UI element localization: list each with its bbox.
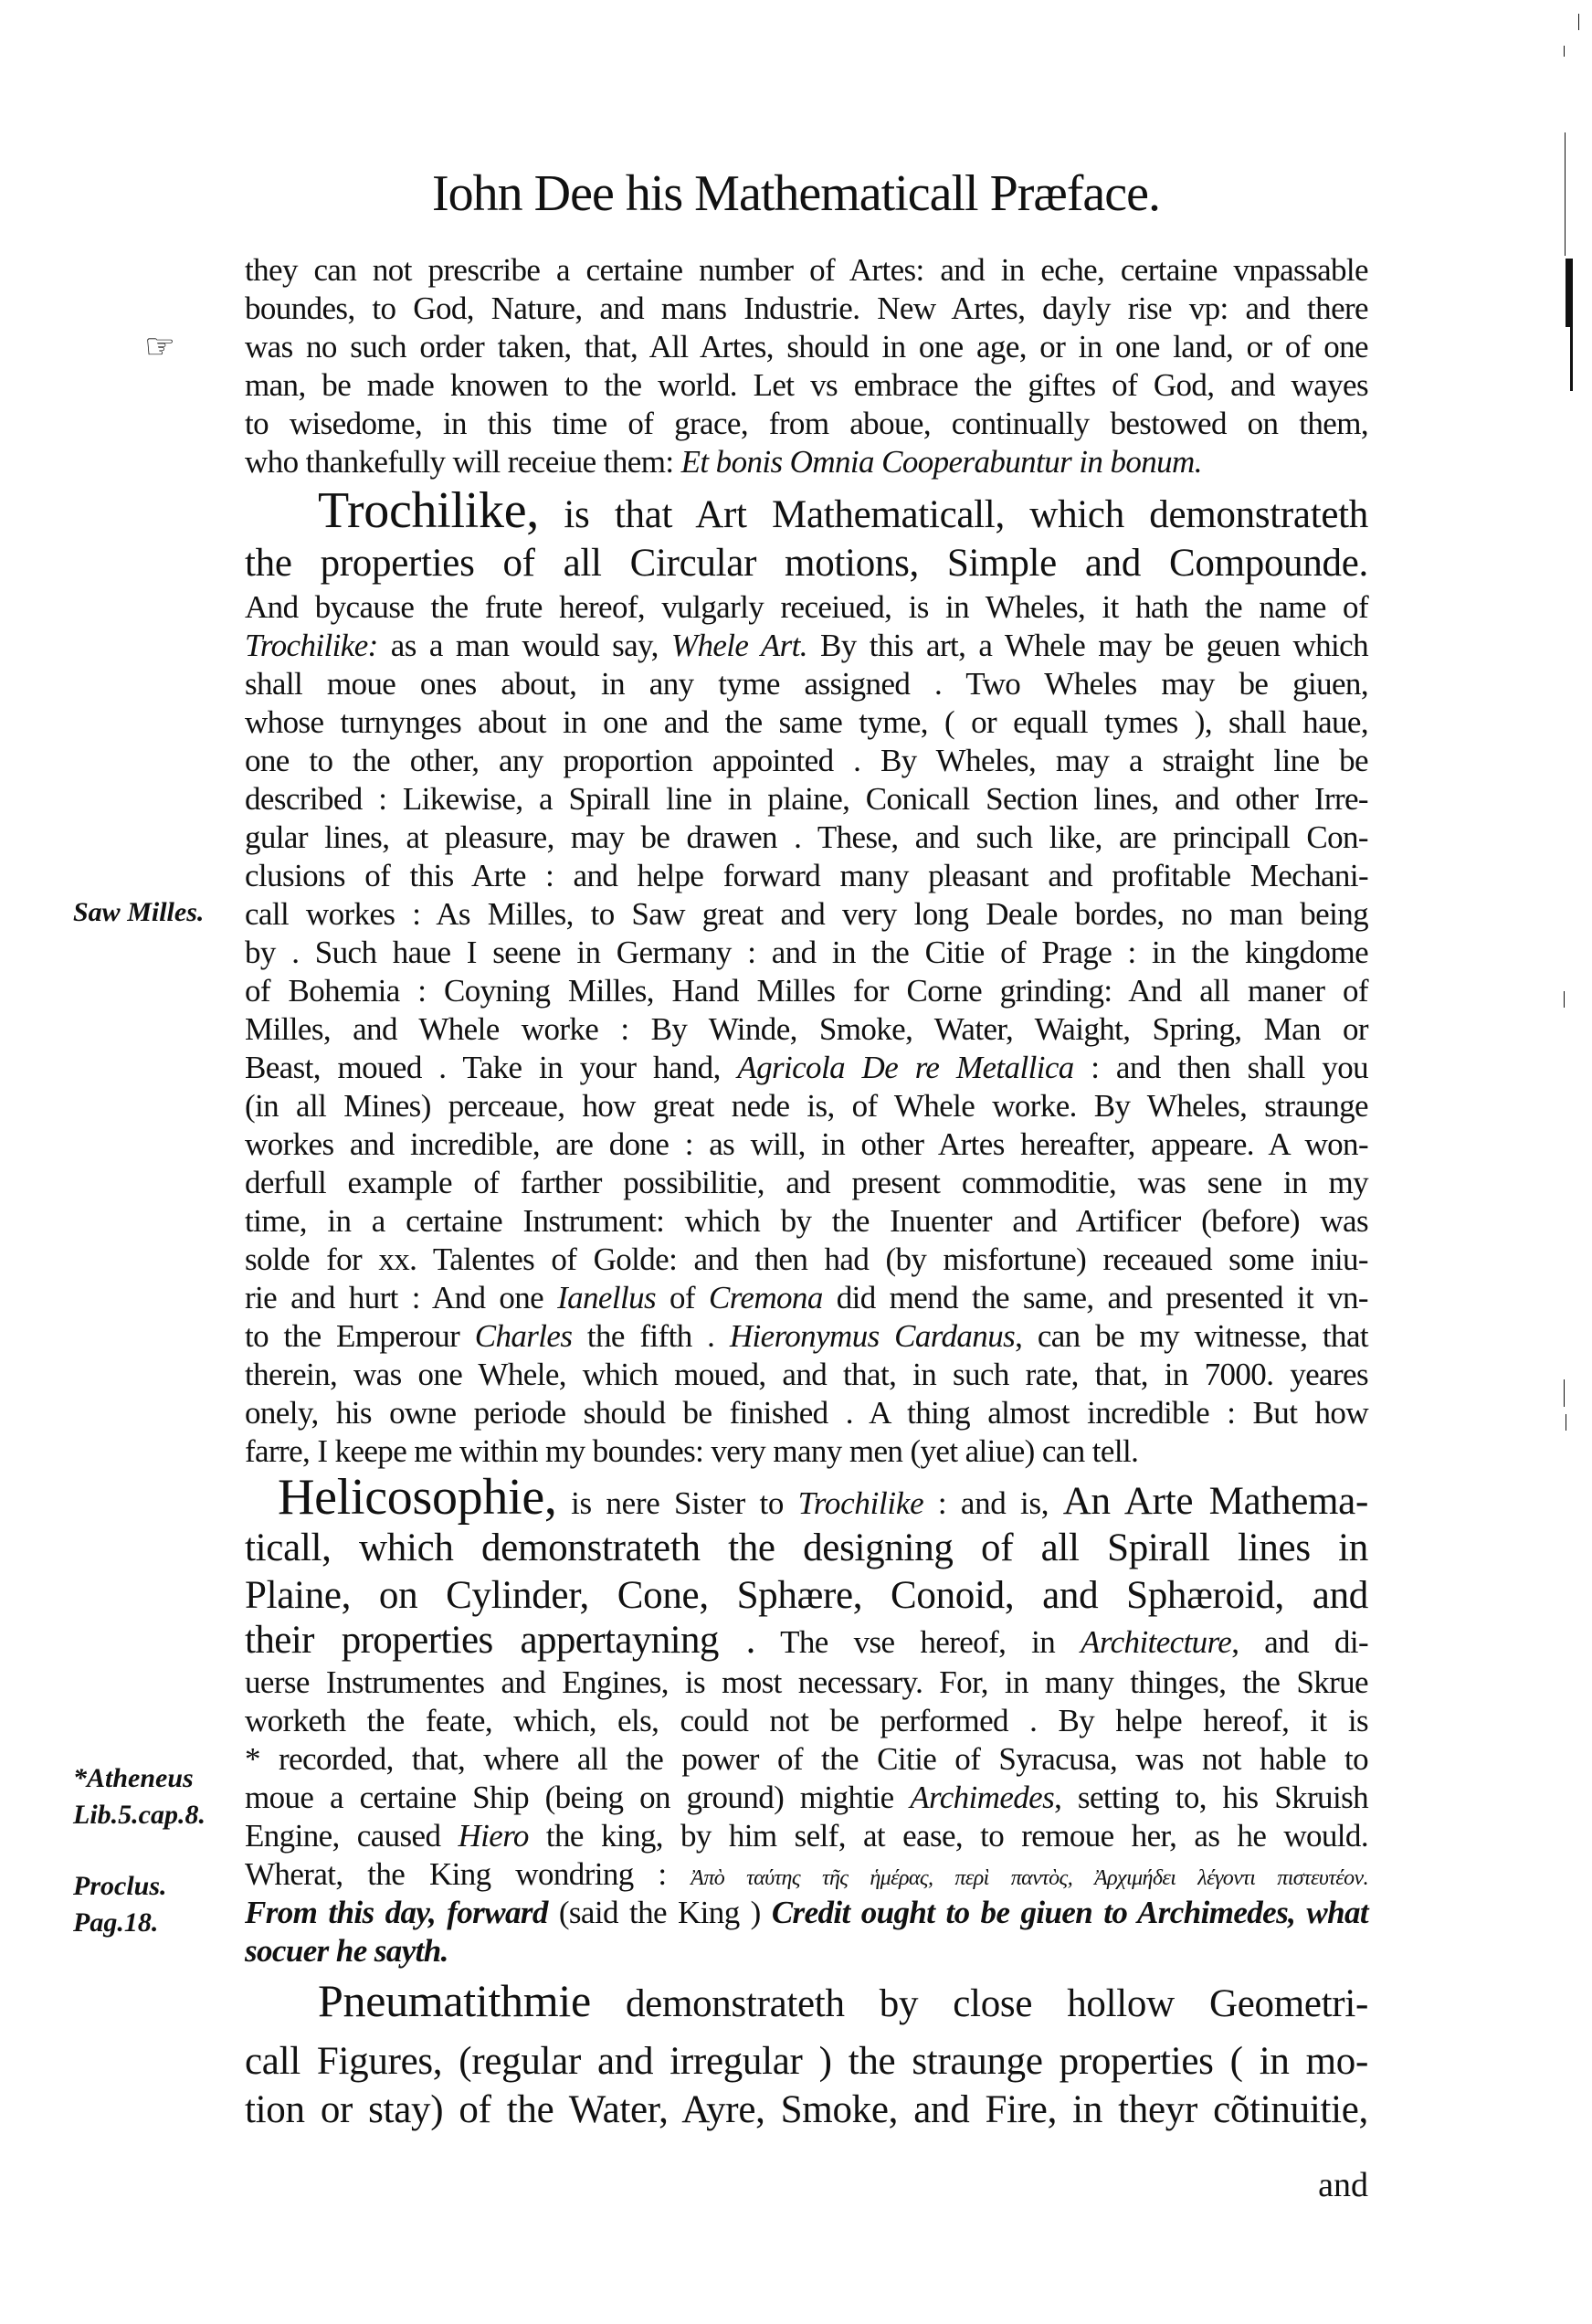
running-head: Iohn Dee his Mathematicall Præface.	[0, 164, 1592, 223]
text-line: time, in a certaine Instrument: which by…	[245, 1203, 1368, 1240]
text-line: rie and hurt : And one Ianellus of Cremo…	[245, 1280, 1368, 1316]
section-heading-trochilike: Trochilike, is that Art Mathematicall, w…	[245, 488, 1368, 538]
text-line: Milles, and Whele worke : By Winde, Smok…	[245, 1011, 1368, 1048]
scan-artifact	[1566, 259, 1573, 327]
scan-artifact	[1564, 991, 1565, 1008]
scan-artifact	[1565, 132, 1566, 256]
margin-note-lib-cap: Lib.5.cap.8.	[73, 1800, 228, 1831]
text-line: Trochilike: as a man would say, Whele Ar…	[245, 628, 1368, 664]
margin-note-saw-milles: Saw Milles.	[73, 897, 228, 928]
text-line: * recorded, that, where all the power of…	[245, 1741, 1368, 1778]
text-line: (in all Mines) perceaue, how great nede …	[245, 1088, 1368, 1125]
text-line: tion or stay) of the Water, Ayre, Smoke,…	[245, 2087, 1368, 2133]
book-page: Iohn Dee his Mathematicall Præface. ☞ Sa…	[0, 0, 1592, 2324]
section-heading-helicosophie: Helicosophie, is nere Sister to Trochili…	[245, 1474, 1368, 1526]
text-line: boundes, to God, Nature, and mans Indust…	[245, 290, 1368, 327]
text-line: farre, I keepe me within my boundes: ver…	[245, 1433, 1368, 1470]
text-line: was no such order taken, that, All Artes…	[245, 329, 1368, 365]
margin-note-atheneus: *Atheneus	[73, 1763, 228, 1794]
scan-artifact	[1578, 14, 1579, 30]
margin-note-proclus: Proclus.	[73, 1871, 228, 1902]
text-line: who thankefully will receiue them: Et bo…	[245, 444, 1368, 481]
text-line: gular lines, at pleasure, may be drawen …	[245, 819, 1368, 856]
text-line: call Figures, (regular and irregular ) t…	[245, 2039, 1368, 2085]
scan-artifact	[1570, 327, 1573, 391]
scan-artifact	[1566, 1414, 1566, 1431]
text-line: their properties appertayning . The vse …	[245, 1622, 1368, 1661]
text-line: worketh the feate, which, els, could not…	[245, 1703, 1368, 1739]
text-line: they can not prescribe a certaine number…	[245, 252, 1368, 289]
text-line: moue a certaine Ship (being on ground) m…	[245, 1780, 1368, 1816]
catchword: and	[1318, 2165, 1368, 2205]
text-line: solde for xx. Talentes of Golde: and the…	[245, 1241, 1368, 1278]
text-line: Beast, moued . Take in your hand, Agrico…	[245, 1050, 1368, 1086]
margin-note-pag: Pag.18.	[73, 1907, 228, 1938]
section-heading-pneumatithmie: Pneumatithmie demonstrateth by close hol…	[245, 1978, 1368, 2027]
text-line: by . Such haue I seene in Germany : and …	[245, 935, 1368, 971]
text-line: whose turnynges about in one and the sam…	[245, 704, 1368, 741]
text-line: And bycause the frute hereof, vulgarly r…	[245, 589, 1368, 626]
text-line: to wisedome, in this time of grace, from…	[245, 406, 1368, 442]
text-line: From this day, forward (said the King ) …	[245, 1895, 1368, 1931]
text-line: Engine, caused Hiero the king, by him se…	[245, 1818, 1368, 1854]
text-line: to the Emperour Charles the fifth . Hier…	[245, 1318, 1368, 1355]
text-line: the properties of all Circular motions, …	[245, 541, 1368, 586]
text-line: one to the other, any proportion appoint…	[245, 743, 1368, 779]
text-line: shall moue ones about, in any tyme assig…	[245, 666, 1368, 702]
text-line: derfull example of farther possibilitie,…	[245, 1165, 1368, 1201]
text-line: of Bohemia : Coyning Milles, Hand Milles…	[245, 973, 1368, 1009]
text-line: Wherat, the King wondring : Ἀπὸ ταύτης τ…	[245, 1856, 1368, 1896]
text-line: man, be made knowen to the world. Let vs…	[245, 367, 1368, 404]
text-line: Plaine, on Cylinder, Cone, Sphære, Conoi…	[245, 1573, 1368, 1619]
text-line: workes and incredible, are done : as wil…	[245, 1126, 1368, 1163]
text-line: described : Likewise, a Spirall line in …	[245, 781, 1368, 818]
text-line: socuer he sayth.	[245, 1933, 1368, 1970]
text-line: clusions of this Arte : and helpe forwar…	[245, 858, 1368, 894]
text-line: onely, his owne periode should be finish…	[245, 1395, 1368, 1431]
scan-artifact	[1564, 46, 1565, 57]
scan-artifact	[1564, 1379, 1565, 1407]
text-line: therein, was one Whele, which moued, and…	[245, 1357, 1368, 1393]
text-line: call workes : As Milles, to Saw great an…	[245, 896, 1368, 933]
text-line: ticall, which demonstrateth the designin…	[245, 1526, 1368, 1571]
text-line: uerse Instrumentes and Engines, is most …	[245, 1664, 1368, 1701]
pointing-hand-icon: ☞	[144, 331, 181, 364]
